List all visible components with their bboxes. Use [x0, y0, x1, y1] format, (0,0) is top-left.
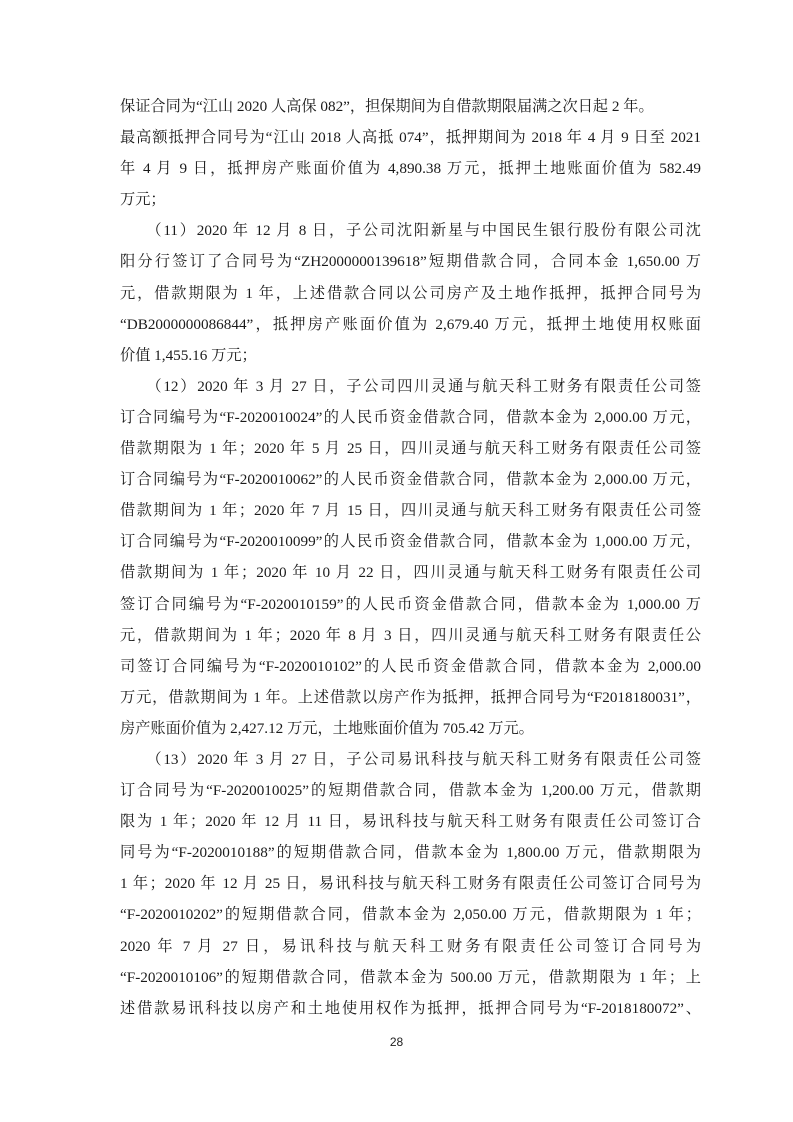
text-line: 1 年；2020 年 12 月 25 日，易讯科技与航天科工财务有限责任公司签订…: [120, 868, 701, 899]
text-line: 万元，借款期间为 1 年。上述借款以房产作为抵押，抵押合同号为“F2018180…: [120, 682, 701, 713]
text-line: 最高额抵押合同号为“江山 2018 人高抵 074”，抵押期间为 2018 年 …: [120, 122, 701, 153]
text-line: 订合同编号为“F-2020010062”的人民币资金借款合同，借款本金为 2,0…: [120, 464, 701, 495]
text-line: 元，借款期间为 1 年；2020 年 8 月 3 日，四川灵通与航天科工财务有限…: [120, 620, 701, 651]
text-line: 借款期间为 1 年；2020 年 7 月 15 日，四川灵通与航天科工财务有限责…: [120, 495, 701, 526]
text-line: 限为 1 年；2020 年 12 月 11 日，易讯科技与航天科工财务有限责任公…: [120, 806, 701, 837]
text-line: （12）2020 年 3 月 27 日，子公司四川灵通与航天科工财务有限责任公司…: [120, 371, 701, 402]
text-line: 述借款易讯科技以房产和土地使用权作为抵押，抵押合同号为“F-2018180072…: [120, 993, 701, 1024]
text-line: 借款期间为 1 年；2020 年 10 月 22 日，四川灵通与航天科工财务有限…: [120, 557, 701, 588]
page-number: 28: [0, 1035, 793, 1049]
text-line: 2020 年 7 月 27 日，易讯科技与航天科工财务有限责任公司签订合同号为: [120, 931, 701, 962]
text-line: 年 4 月 9 日，抵押房产账面价值为 4,890.38 万元，抵押土地账面价值…: [120, 153, 701, 184]
text-line: 订合同编号为“F-2020010099”的人民币资金借款合同，借款本金为 1,0…: [120, 526, 701, 557]
text-line: 价值 1,455.16 万元；: [120, 340, 701, 371]
text-line: 房产账面价值为 2,427.12 万元，土地账面价值为 705.42 万元。: [120, 713, 701, 744]
text-line: 订合同编号为“F-2020010024”的人民币资金借款合同，借款本金为 2,0…: [120, 402, 701, 433]
text-line: 同号为“F-2020010188”的短期借款合同，借款本金为 1,800.00 …: [120, 837, 701, 868]
text-line: “F-2020010106”的短期借款合同，借款本金为 500.00 万元，借款…: [120, 962, 701, 993]
text-line: “DB2000000086844”，抵押房产账面价值为 2,679.40 万元，…: [120, 309, 701, 340]
text-line: （11）2020 年 12 月 8 日，子公司沈阳新星与中国民生银行股份有限公司…: [120, 215, 701, 246]
text-line: 司签订合同编号为“F-2020010102”的人民币资金借款合同，借款本金为 2…: [120, 651, 701, 682]
text-line: “F-2020010202”的短期借款合同，借款本金为 2,050.00 万元，…: [120, 899, 701, 930]
text-line: 元，借款期限为 1 年，上述借款合同以公司房产及土地作抵押，抵押合同号为: [120, 278, 701, 309]
text-line: 借款期限为 1 年；2020 年 5 月 25 日，四川灵通与航天科工财务有限责…: [120, 433, 701, 464]
text-line: 签订合同编号为“F-2020010159”的人民币资金借款合同，借款本金为 1,…: [120, 589, 701, 620]
text-line: 订合同号为“F-2020010025”的短期借款合同，借款本金为 1,200.0…: [120, 775, 701, 806]
text-line: 万元；: [120, 184, 701, 215]
text-line: （13）2020 年 3 月 27 日，子公司易讯科技与航天科工财务有限责任公司…: [120, 744, 701, 775]
text-line: 保证合同为“江山 2020 人高保 082”，担保期间为自借款期限届满之次日起 …: [120, 91, 701, 122]
text-line: 阳分行签订了合同号为“ZH2000000139618”短期借款合同，合同本金 1…: [120, 246, 701, 277]
document-body: 保证合同为“江山 2020 人高保 082”，担保期间为自借款期限届满之次日起 …: [120, 91, 701, 1024]
